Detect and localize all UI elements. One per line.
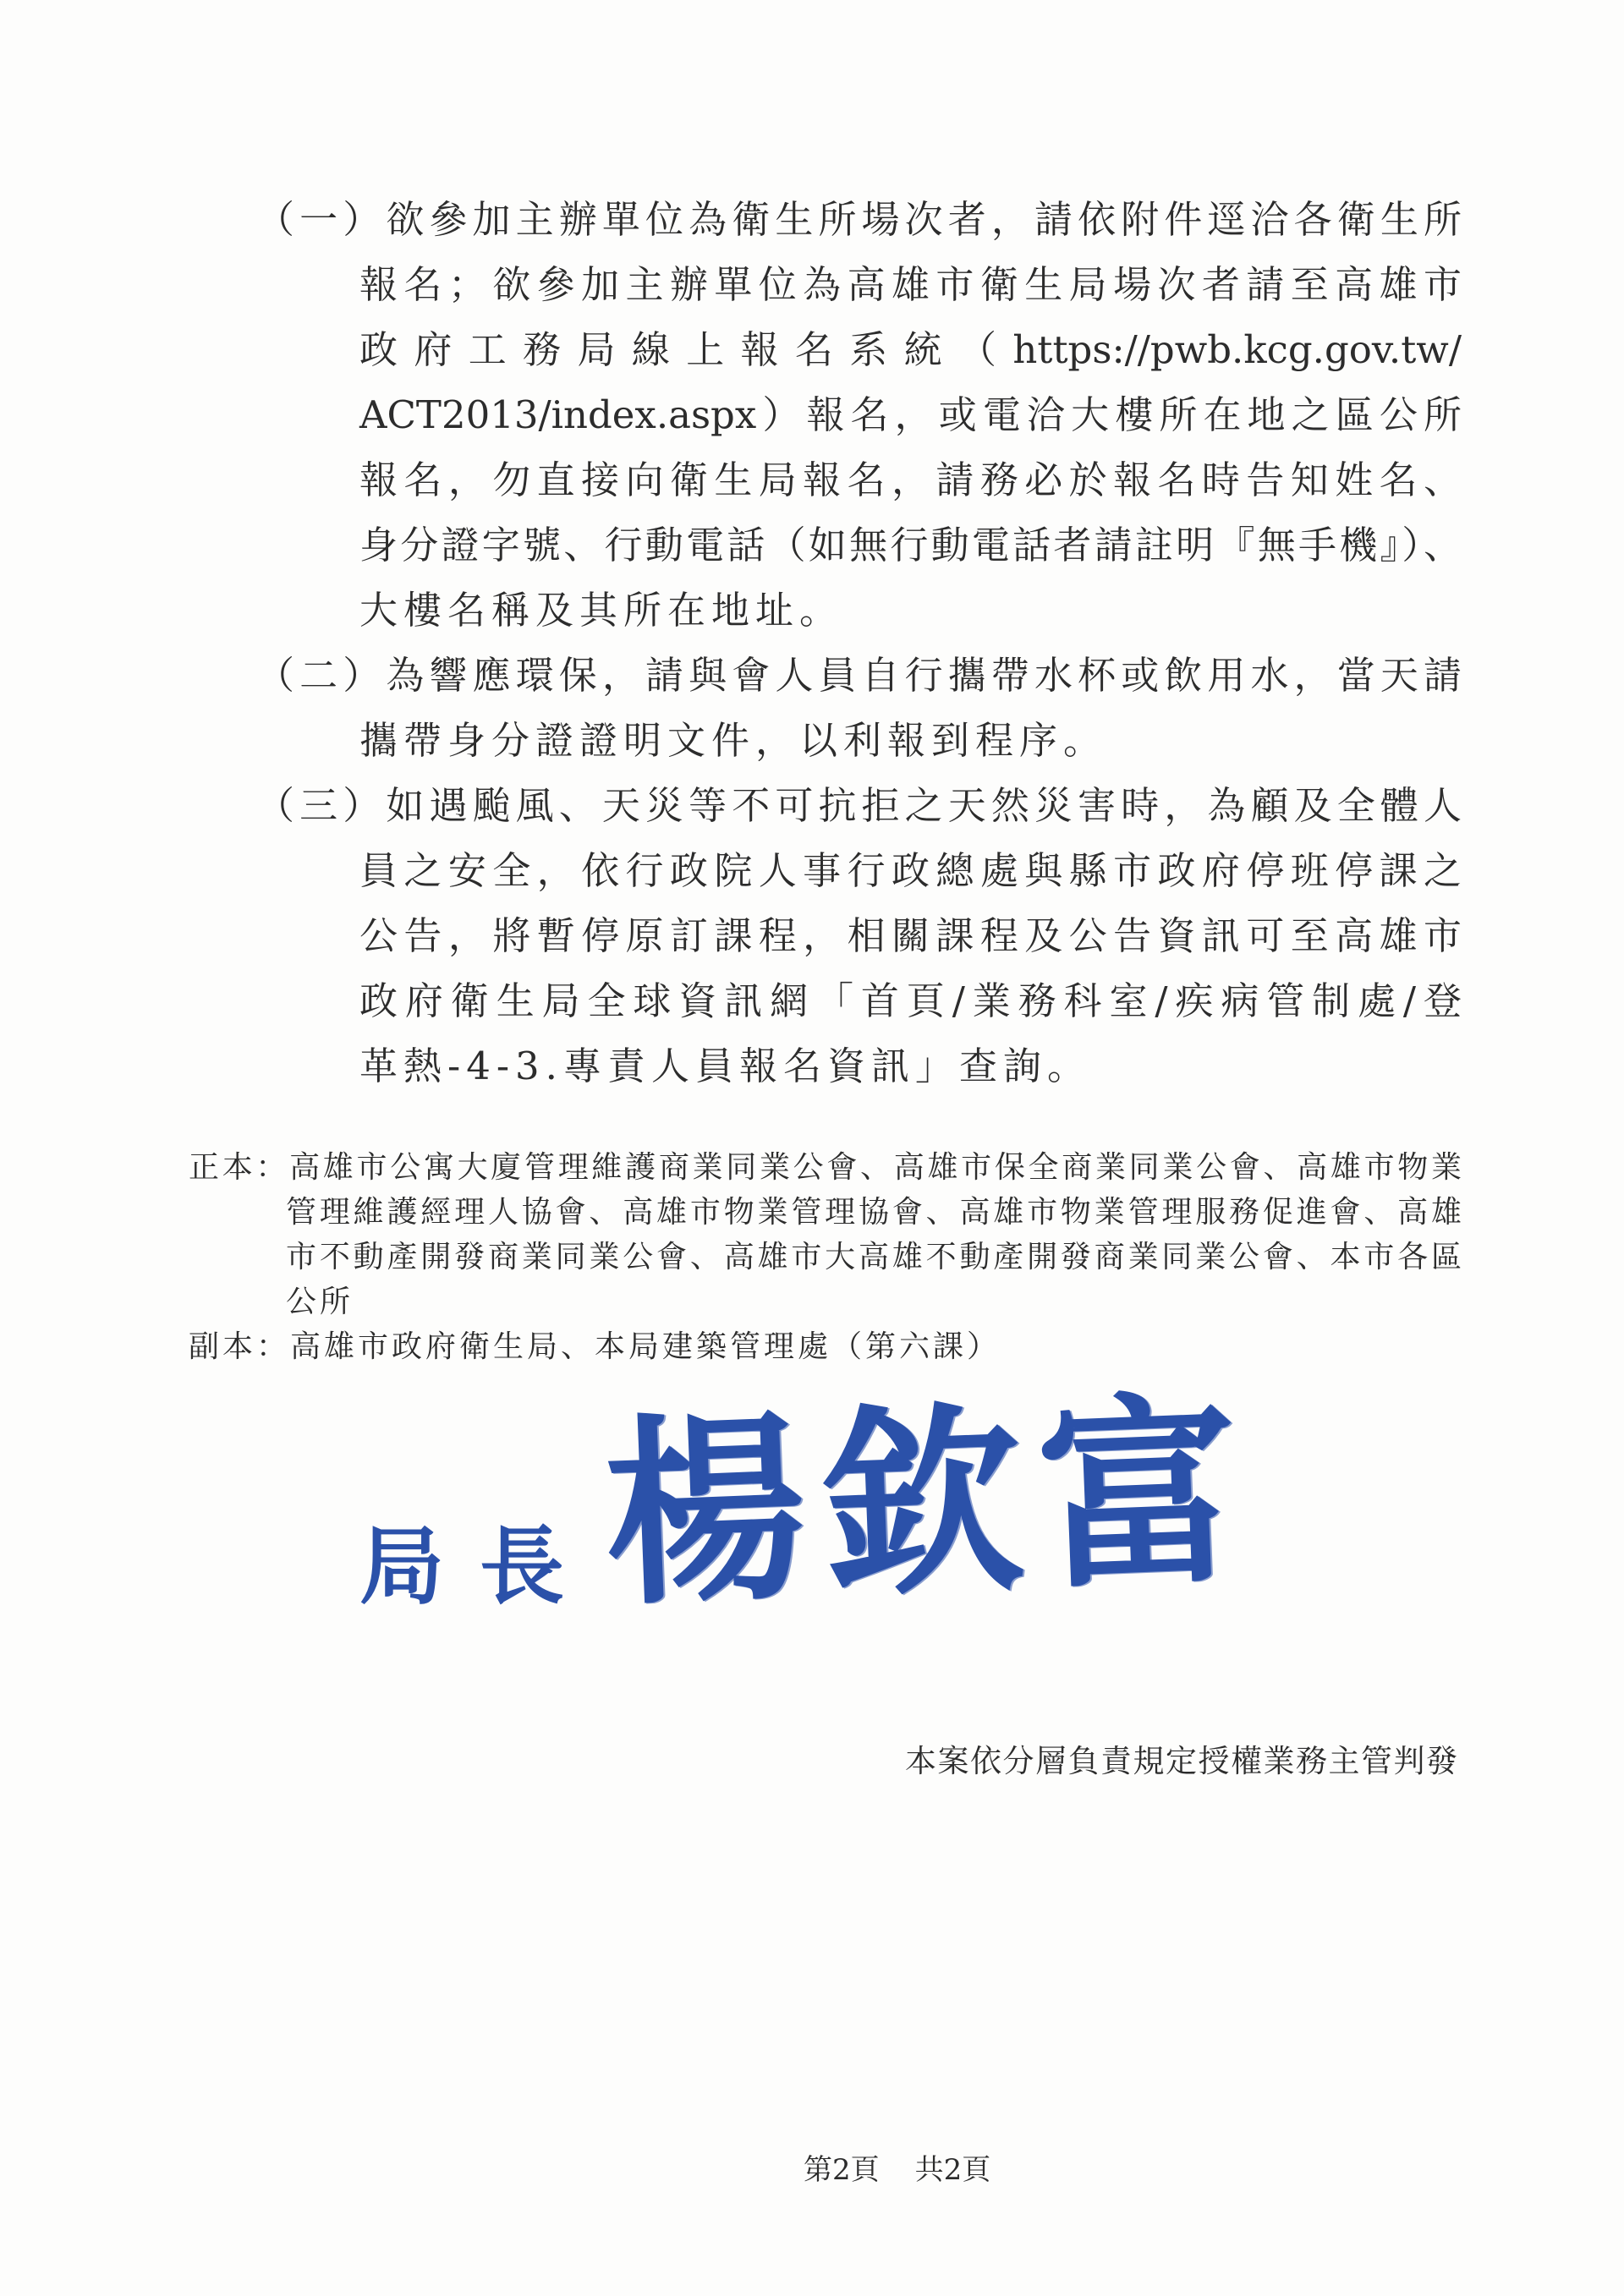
page-footer: 第2頁共2頁 [804, 2146, 990, 2188]
body-line: 政府衛生局全球資訊網「首頁/業務科室/疾病管制處/登 [359, 978, 1462, 1025]
body-line: （三）如遇颱風、天災等不可抗拒之天然災害時，為顧及全體人 [256, 782, 1462, 830]
delegation-note: 本案依分層負責規定授權業務主管判發 [905, 1735, 1459, 1781]
distribution-original-line: 公所 [286, 1283, 1462, 1323]
document-page: （一）欲參加主辦單位為衛生所場次者，請依附件逕洽各衛生所 報名；欲參加主辦單位為… [0, 0, 1624, 2296]
footer-page-number: 第2頁 [804, 2153, 880, 2187]
distribution-copy-line: 副本：高雄市政府衛生局、本局建築管理處（第六課） [189, 1328, 1462, 1367]
body-line: 政府工務局線上報名系統（https://pwb.kcg.gov.tw/ [359, 326, 1462, 374]
distribution-original-line: 市不動產開發商業同業公會、高雄市大高雄不動產開發商業同業公會、本市各區 [286, 1238, 1462, 1278]
distribution-original-line: 正本：高雄市公寓大廈管理維護商業同業公會、高雄市保全商業同業公會、高雄市物業 [189, 1148, 1462, 1188]
body-line: 報名；欲參加主辦單位為高雄市衛生局場次者請至高雄市 [359, 261, 1462, 309]
body-line: 報名，勿直接向衛生局報名，請務必於報名時告知姓名、 [359, 457, 1462, 504]
footer-page-total: 共2頁 [915, 2153, 991, 2187]
body-line: （一）欲參加主辦單位為衛生所場次者，請依附件逕洽各衛生所 [256, 196, 1462, 244]
distribution-original-line: 管理維護經理人協會、高雄市物業管理協會、高雄市物業管理服務促進會、高雄 [286, 1193, 1462, 1233]
signature-title: 局長 [359, 1499, 600, 1620]
body-line: （二）為響應環保，請與會人員自行攜帶水杯或飲用水，當天請 [256, 652, 1462, 699]
signature-name-handwriting: 楊欽富 [601, 1381, 1258, 1627]
body-line: ACT2013/index.aspx）報名，或電洽大樓所在地之區公所 [359, 392, 1462, 439]
body-line: 大樓名稱及其所在地址。 [359, 587, 1462, 634]
body-line: 公告，將暫停原訂課程，相關課程及公告資訊可至高雄市 [359, 912, 1462, 960]
body-line: 員之安全，依行政院人事行政總處與縣市政府停班停課之 [359, 847, 1462, 895]
body-line: 身分證字號、行動電話（如無行動電話者請註明『無手機』）、 [359, 522, 1462, 569]
body-line: 攜帶身分證證明文件，以利報到程序。 [359, 717, 1462, 764]
body-line: 革熱-4-3.專責人員報名資訊」查詢。 [359, 1043, 1462, 1090]
